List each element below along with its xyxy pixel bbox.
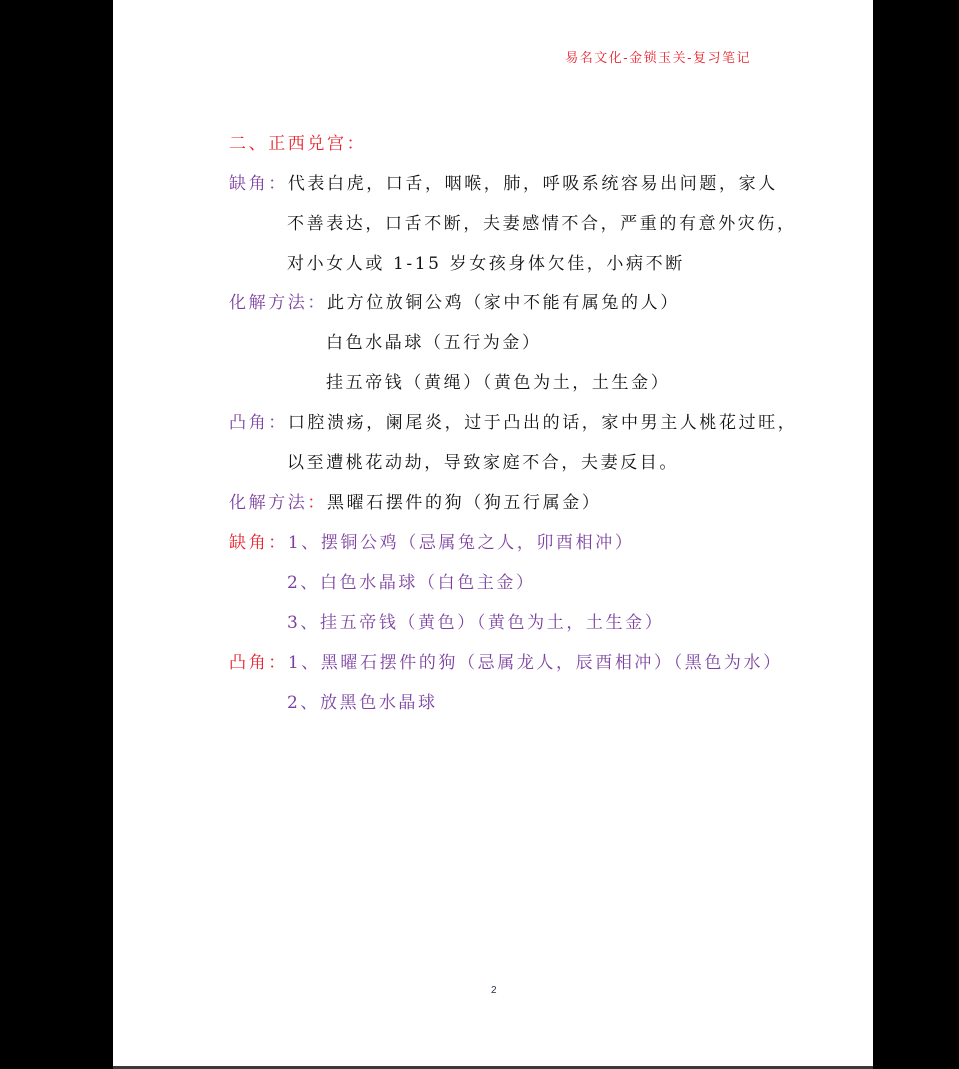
protrude-corner-line-2: 以至遭桃花动劫，导致家庭不合，夫妻反目。 <box>287 452 679 474</box>
lack-remedy-label: 化解方法： <box>229 293 327 313</box>
lack-corner-line-2: 不善表达，口舌不断，夫妻感情不合，严重的有意外灾伤， <box>287 213 797 235</box>
summary-protrude-item-1: 1、黑曜石摆件的狗（忌属龙人，辰酉相冲）（黑色为水） <box>288 653 783 673</box>
summary-protrude-item-2: 2、放黑色水晶球 <box>287 692 438 714</box>
summary-lack-item-3: 3、挂五帝钱（黄色）（黄色为土，土生金） <box>287 612 664 634</box>
summary-lack-item-2: 2、白色水晶球（白色主金） <box>287 572 536 594</box>
summary-lack-line-1: 缺角：1、摆铜公鸡（忌属兔之人，卯酉相冲） <box>229 532 634 554</box>
lack-remedy-line-3: 挂五帝钱（黄绳）（黄色为土，土生金） <box>326 372 670 394</box>
lack-corner-text: 代表白虎，口舌，咽喉，肺，呼吸系统容易出问题，家人 <box>288 174 778 194</box>
protrude-remedy-text: 黑曜石摆件的狗（狗五行属金） <box>327 493 601 513</box>
protrude-remedy-line: 化解方法：黑曜石摆件的狗（狗五行属金） <box>229 492 601 514</box>
protrude-corner-text: 口腔溃疡，阑尾炎，过于凸出的话，家中男主人桃花过旺， <box>288 413 798 433</box>
section-title: 二、正西兑宫： <box>229 133 366 155</box>
summary-protrude-label: 凸角： <box>229 653 288 673</box>
protrude-remedy-colon: ： <box>307 493 327 513</box>
protrude-remedy-label: 化解方法 <box>229 493 307 513</box>
protrude-corner-line-1: 凸角：口腔溃疡，阑尾炎，过于凸出的话，家中男主人桃花过旺， <box>229 412 797 434</box>
document-page: 易名文化-金锁玉关-复习笔记 二、正西兑宫： 缺角：代表白虎，口舌，咽喉，肺，呼… <box>113 0 873 1069</box>
protrude-corner-label: 凸角： <box>229 413 288 433</box>
summary-lack-item-1: 1、摆铜公鸡（忌属兔之人，卯酉相冲） <box>288 533 635 553</box>
lack-remedy-line-1: 化解方法：此方位放铜公鸡（家中不能有属兔的人） <box>229 292 680 314</box>
summary-lack-label: 缺角： <box>229 533 288 553</box>
document-viewer: 易名文化-金锁玉关-复习笔记 二、正西兑宫： 缺角：代表白虎，口舌，咽喉，肺，呼… <box>0 0 959 1069</box>
lack-corner-label: 缺角： <box>229 174 288 194</box>
lack-corner-line-3: 对小女人或 1-15 岁女孩身体欠佳，小病不断 <box>287 253 685 275</box>
summary-protrude-line-1: 凸角：1、黑曜石摆件的狗（忌属龙人，辰酉相冲）（黑色为水） <box>229 652 783 674</box>
lack-remedy-text: 此方位放铜公鸡（家中不能有属兔的人） <box>327 293 680 313</box>
lack-corner-line-1: 缺角：代表白虎，口舌，咽喉，肺，呼吸系统容易出问题，家人 <box>229 173 778 195</box>
lack-remedy-line-2: 白色水晶球（五行为金） <box>326 332 542 354</box>
page-header: 易名文化-金锁玉关-复习笔记 <box>565 47 751 66</box>
page-number: 2 <box>491 985 497 996</box>
